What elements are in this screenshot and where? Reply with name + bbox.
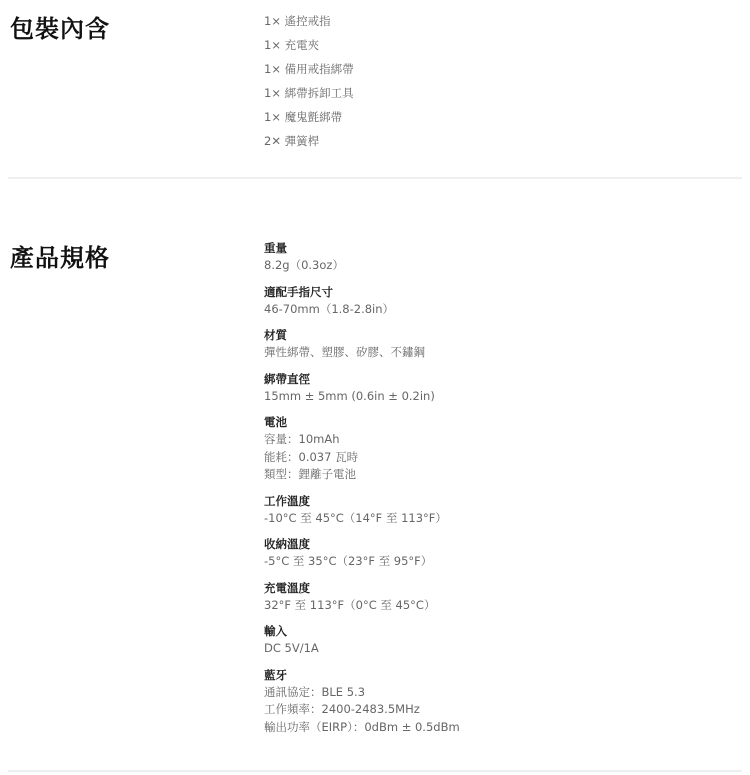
- spec-value: 46-70mm（1.8-2.8in）: [264, 301, 460, 319]
- spec-label: 材質: [264, 326, 460, 344]
- section-divider: [8, 177, 742, 179]
- package-item: 1× 遙控戒指: [264, 9, 354, 33]
- package-item: 1× 備用戒指綁帶: [264, 57, 354, 81]
- spec-value: 能耗：0.037 瓦時: [264, 449, 460, 467]
- spec-weight: 重量 8.2g（0.3oz）: [264, 239, 460, 275]
- spec-value: 類型：鋰離子電池: [264, 466, 460, 484]
- spec-value: 32°F 至 113°F（0°C 至 45°C）: [264, 597, 460, 615]
- spec-value: 彈性綁帶、塑膠、矽膠、不鏽鋼: [264, 344, 460, 362]
- section-divider: [8, 770, 742, 772]
- spec-material: 材質 彈性綁帶、塑膠、矽膠、不鏽鋼: [264, 326, 460, 362]
- spec-label: 充電溫度: [264, 579, 460, 597]
- spec-battery: 電池 容量：10mAh 能耗：0.037 瓦時 類型：鋰離子電池: [264, 413, 460, 484]
- spec-finger-size: 適配手指尺寸 46-70mm（1.8-2.8in）: [264, 283, 460, 319]
- spec-input: 輸入 DC 5V/1A: [264, 622, 460, 658]
- spec-label: 輸入: [264, 622, 460, 640]
- spec-storage-temp: 收納溫度 -5°C 至 35°C（23°F 至 95°F）: [264, 535, 460, 571]
- spec-value: 工作頻率：2400-2483.5MHz: [264, 701, 460, 719]
- spec-value: 通訊協定：BLE 5.3: [264, 684, 460, 702]
- spec-operating-temp: 工作溫度 -10°C 至 45°C（14°F 至 113°F）: [264, 492, 460, 528]
- spec-label: 綁帶直徑: [264, 370, 460, 388]
- package-contents-list: 1× 遙控戒指 1× 充電夾 1× 備用戒指綁帶 1× 綁帶拆卸工具 1× 魔鬼…: [264, 9, 354, 153]
- spec-label: 電池: [264, 413, 460, 431]
- spec-bluetooth: 藍牙 通訊協定：BLE 5.3 工作頻率：2400-2483.5MHz 輸出功率…: [264, 666, 460, 737]
- spec-label: 工作溫度: [264, 492, 460, 510]
- spec-value: 8.2g（0.3oz）: [264, 257, 460, 275]
- spec-value: -10°C 至 45°C（14°F 至 113°F）: [264, 510, 460, 528]
- spec-label: 適配手指尺寸: [264, 283, 460, 301]
- spec-strap-diameter: 綁帶直徑 15mm ± 5mm (0.6in ± 0.2in): [264, 370, 460, 406]
- specifications-title: 產品規格: [10, 243, 110, 273]
- spec-value: 輸出功率（EIRP）：0dBm ± 0.5dBm: [264, 719, 460, 737]
- package-item: 1× 綁帶拆卸工具: [264, 81, 354, 105]
- spec-label: 重量: [264, 239, 460, 257]
- package-item: 1× 魔鬼氈綁帶: [264, 105, 354, 129]
- package-item: 1× 充電夾: [264, 33, 354, 57]
- spec-value: -5°C 至 35°C（23°F 至 95°F）: [264, 553, 460, 571]
- spec-value: 容量：10mAh: [264, 431, 460, 449]
- specifications-list: 重量 8.2g（0.3oz） 適配手指尺寸 46-70mm（1.8-2.8in）…: [264, 239, 460, 744]
- spec-label: 收納溫度: [264, 535, 460, 553]
- spec-value: DC 5V/1A: [264, 640, 460, 658]
- package-contents-title: 包裝內含: [10, 14, 110, 44]
- package-item: 2✕ 彈簧桿: [264, 129, 354, 153]
- spec-label: 藍牙: [264, 666, 460, 684]
- spec-charging-temp: 充電溫度 32°F 至 113°F（0°C 至 45°C）: [264, 579, 460, 615]
- spec-value: 15mm ± 5mm (0.6in ± 0.2in): [264, 388, 460, 406]
